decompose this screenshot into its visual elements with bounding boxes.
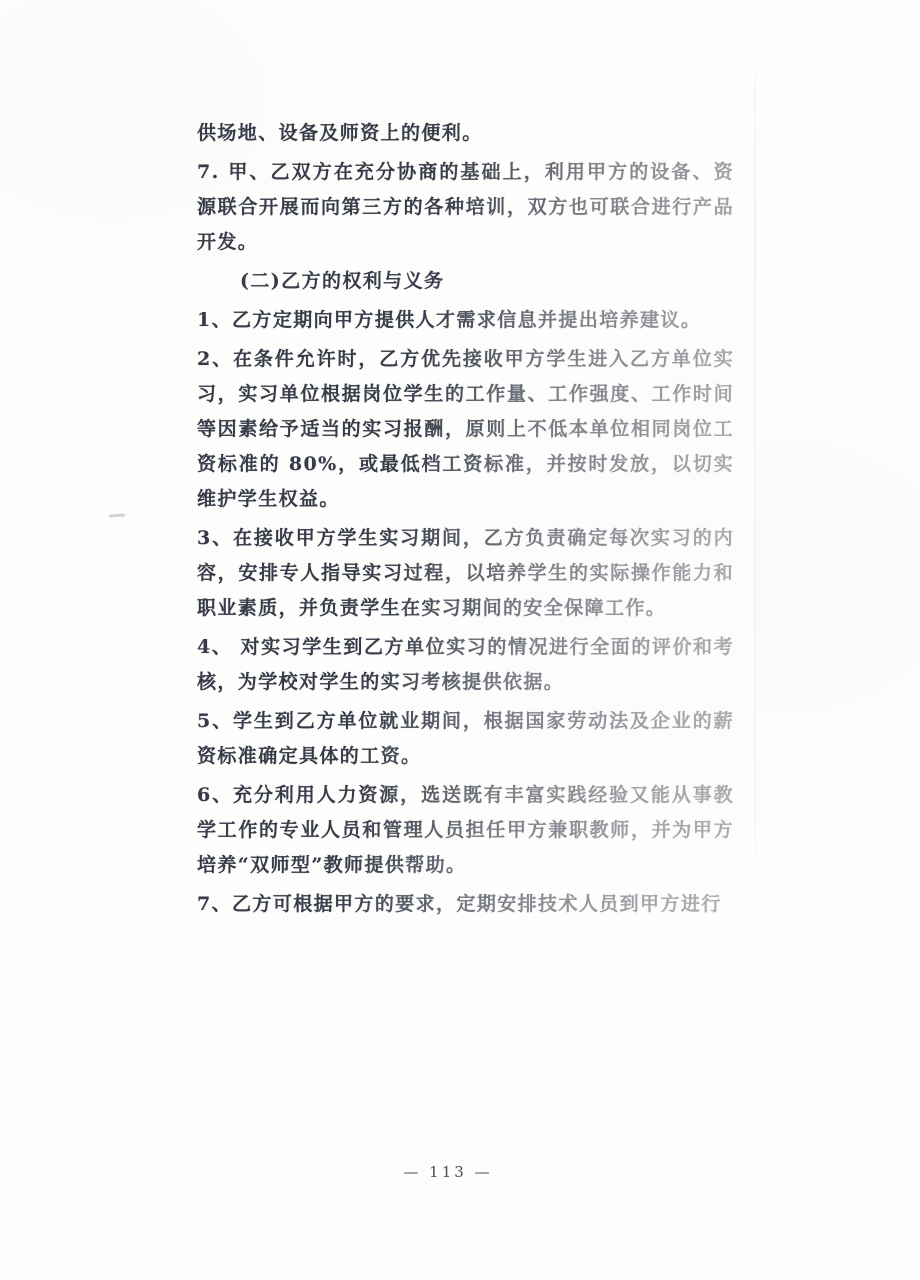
- list-item-7: 7、乙方可根据甲方的要求，定期安排技术人员到甲方进行: [197, 887, 734, 922]
- margin-mark-artifact: [109, 514, 125, 518]
- document-body: 供场地、设备及师资上的便利。 7. 甲、乙双方在充分协商的基础上，利用甲方的设备…: [197, 116, 734, 926]
- list-item-2: 2、在条件允许时，乙方优先接收甲方学生进入乙方单位实习，实习单位根据岗位学生的工…: [197, 342, 734, 517]
- list-item-3: 3、在接收甲方学生实习期间，乙方负责确定每次实习的内容，安排专人指导实习过程，以…: [197, 521, 734, 626]
- page-number: — 113 —: [0, 1163, 896, 1181]
- list-item-6: 6、充分利用人力资源，选送既有丰富实践经验又能从事教学工作的专业人员和管理人员担…: [197, 778, 734, 883]
- paragraph-clause-7: 7. 甲、乙双方在充分协商的基础上，利用甲方的设备、资源联合开展而向第三方的各种…: [197, 155, 734, 260]
- list-item-4: 4、 对实习学生到乙方单位实习的情况进行全面的评价和考核，为学校对学生的实习考核…: [197, 630, 734, 700]
- scanned-document-page: 供场地、设备及师资上的便利。 7. 甲、乙双方在充分协商的基础上，利用甲方的设备…: [0, 0, 920, 1280]
- list-item-1: 1、乙方定期向甲方提供人才需求信息并提出培养建议。: [197, 303, 734, 338]
- paper-crease-line: [754, 48, 756, 928]
- paragraph-continuation: 供场地、设备及师资上的便利。: [197, 116, 734, 151]
- section-heading-party-b-rights: (二)乙方的权利与义务: [197, 264, 734, 299]
- list-item-5: 5、学生到乙方单位就业期间，根据国家劳动法及企业的薪资标准确定具体的工资。: [197, 704, 734, 774]
